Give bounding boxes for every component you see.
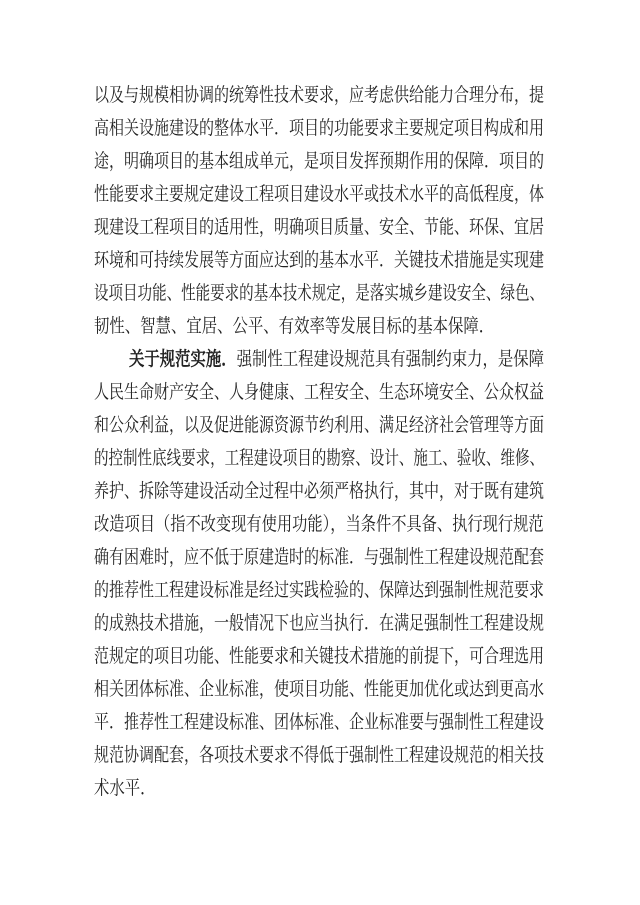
text-line: 确有困难时，应不低于原建造时的标准．与强制性工程建设规范配套 bbox=[94, 541, 544, 574]
text-line: 性能要求主要规定建设工程项目建设水平或技术水平的高低程度，体 bbox=[94, 178, 544, 211]
text-segment: 以及与规模相协调的统筹性技术要求，应考虑供给能力合理分布，提 bbox=[94, 85, 544, 106]
text-line-content: 性能要求主要规定建设工程项目建设水平或技术水平的高低程度，体 bbox=[94, 178, 544, 211]
text-line: 环境和可持续发展等方面应达到的基本水平．关键技术措施是实现建 bbox=[94, 244, 544, 277]
text-segment: 相关团体标准、企业标准，使项目功能、性能更加优化或达到更高水 bbox=[94, 679, 544, 700]
text-segment: 强制性工程建设规范具有强制约束力，是保障 bbox=[237, 349, 544, 370]
text-line-content: 术水平． bbox=[94, 772, 156, 805]
text-line: 和公众利益，以及促进能源资源节约利用、满足经济社会管理等方面 bbox=[94, 409, 544, 442]
text-line-content: 的推荐性工程建设标准是经过实践检验的、保障达到强制性规范要求 bbox=[94, 574, 544, 607]
text-line: 韧性、智慧、宜居、公平、有效率等发展目标的基本保障． bbox=[94, 310, 544, 343]
text-line: 途，明确项目的基本组成单元，是项目发挥预期作用的保障．项目的 bbox=[94, 145, 544, 178]
text-segment: 的成熟技术措施，一般情况下也应当执行．在满足强制性工程建设规 bbox=[94, 613, 544, 634]
text-line: 规范协调配套，各项技术要求不得低于强制性工程建设规范的相关技 bbox=[94, 739, 544, 772]
text-segment: 范规定的项目功能、性能要求和关键技术措施的前提下，可合理选用 bbox=[94, 646, 544, 667]
paragraph-lead-bold: 关于规范实施． bbox=[129, 349, 237, 370]
text-line: 关于规范实施．强制性工程建设规范具有强制约束力，是保障 bbox=[94, 343, 544, 376]
text-line-content: 关于规范实施．强制性工程建设规范具有强制约束力，是保障 bbox=[129, 343, 544, 376]
text-line: 术水平． bbox=[94, 772, 544, 805]
text-line-content: 确有困难时，应不低于原建造时的标准．与强制性工程建设规范配套 bbox=[94, 541, 544, 574]
text-line-content: 平．推荐性工程建设标准、团体标准、企业标准要与强制性工程建设 bbox=[94, 706, 544, 739]
text-line-content: 和公众利益，以及促进能源资源节约利用、满足经济社会管理等方面 bbox=[94, 409, 544, 442]
text-segment: 养护、拆除等建设活动全过程中必须严格执行，其中，对于既有建筑 bbox=[94, 481, 544, 502]
text-line-content: 途，明确项目的基本组成单元，是项目发挥预期作用的保障．项目的 bbox=[94, 145, 544, 178]
text-line-content: 设项目功能、性能要求的基本技术规定，是落实城乡建设安全、绿色、 bbox=[94, 277, 544, 310]
text-segment: 的推荐性工程建设标准是经过实践检验的、保障达到强制性规范要求 bbox=[94, 580, 544, 601]
document-page: 以及与规模相协调的统筹性技术要求，应考虑供给能力合理分布，提高相关设施建设的整体… bbox=[0, 0, 640, 905]
text-line-content: 以及与规模相协调的统筹性技术要求，应考虑供给能力合理分布，提 bbox=[94, 79, 544, 112]
text-line: 高相关设施建设的整体水平．项目的功能要求主要规定项目构成和用 bbox=[94, 112, 544, 145]
text-line-content: 养护、拆除等建设活动全过程中必须严格执行，其中，对于既有建筑 bbox=[94, 475, 544, 508]
text-line: 相关团体标准、企业标准，使项目功能、性能更加优化或达到更高水 bbox=[94, 673, 544, 706]
text-line-content: 相关团体标准、企业标准，使项目功能、性能更加优化或达到更高水 bbox=[94, 673, 544, 706]
text-segment: 平．推荐性工程建设标准、团体标准、企业标准要与强制性工程建设 bbox=[94, 712, 544, 733]
text-line: 平．推荐性工程建设标准、团体标准、企业标准要与强制性工程建设 bbox=[94, 706, 544, 739]
text-segment: 规范协调配套，各项技术要求不得低于强制性工程建设规范的相关技 bbox=[94, 745, 544, 766]
text-line-content: 人民生命财产安全、人身健康、工程安全、生态环境安全、公众权益 bbox=[94, 376, 544, 409]
text-segment: 途，明确项目的基本组成单元，是项目发挥预期作用的保障．项目的 bbox=[94, 151, 544, 172]
text-line-content: 环境和可持续发展等方面应达到的基本水平．关键技术措施是实现建 bbox=[94, 244, 544, 277]
text-segment: 确有困难时，应不低于原建造时的标准．与强制性工程建设规范配套 bbox=[94, 547, 544, 568]
text-line-content: 现建设工程项目的适用性，明确项目质量、安全、节能、环保、宜居 bbox=[94, 211, 544, 244]
text-line: 的推荐性工程建设标准是经过实践检验的、保障达到强制性规范要求 bbox=[94, 574, 544, 607]
text-segment: 人民生命财产安全、人身健康、工程安全、生态环境安全、公众权益 bbox=[94, 382, 544, 403]
text-segment: 的控制性底线要求，工程建设项目的勘察、设计、施工、验收、维修、 bbox=[94, 448, 544, 469]
text-line-content: 的控制性底线要求，工程建设项目的勘察、设计、施工、验收、维修、 bbox=[94, 442, 544, 475]
text-line: 以及与规模相协调的统筹性技术要求，应考虑供给能力合理分布，提 bbox=[94, 79, 544, 112]
text-line-content: 范规定的项目功能、性能要求和关键技术措施的前提下，可合理选用 bbox=[94, 640, 544, 673]
text-line: 的成熟技术措施，一般情况下也应当执行．在满足强制性工程建设规 bbox=[94, 607, 544, 640]
document-body: 以及与规模相协调的统筹性技术要求，应考虑供给能力合理分布，提高相关设施建设的整体… bbox=[94, 79, 544, 805]
text-segment: 改造项目（指不改变现有使用功能），当条件不具备、执行现行规范 bbox=[94, 514, 544, 535]
text-line-content: 高相关设施建设的整体水平．项目的功能要求主要规定项目构成和用 bbox=[94, 112, 544, 145]
text-line: 改造项目（指不改变现有使用功能），当条件不具备、执行现行规范 bbox=[94, 508, 544, 541]
text-segment: 术水平． bbox=[94, 778, 156, 799]
text-segment: 和公众利益，以及促进能源资源节约利用、满足经济社会管理等方面 bbox=[94, 415, 544, 436]
text-line-content: 规范协调配套，各项技术要求不得低于强制性工程建设规范的相关技 bbox=[94, 739, 544, 772]
text-segment: 高相关设施建设的整体水平．项目的功能要求主要规定项目构成和用 bbox=[94, 118, 544, 139]
text-line-content: 的成熟技术措施，一般情况下也应当执行．在满足强制性工程建设规 bbox=[94, 607, 544, 640]
text-line-content: 韧性、智慧、宜居、公平、有效率等发展目标的基本保障． bbox=[94, 310, 494, 343]
text-segment: 现建设工程项目的适用性，明确项目质量、安全、节能、环保、宜居 bbox=[94, 217, 544, 238]
text-line: 的控制性底线要求，工程建设项目的勘察、设计、施工、验收、维修、 bbox=[94, 442, 544, 475]
text-segment: 韧性、智慧、宜居、公平、有效率等发展目标的基本保障． bbox=[94, 316, 494, 337]
text-line-content: 改造项目（指不改变现有使用功能），当条件不具备、执行现行规范 bbox=[94, 508, 544, 541]
text-line: 人民生命财产安全、人身健康、工程安全、生态环境安全、公众权益 bbox=[94, 376, 544, 409]
text-line: 养护、拆除等建设活动全过程中必须严格执行，其中，对于既有建筑 bbox=[94, 475, 544, 508]
text-line: 设项目功能、性能要求的基本技术规定，是落实城乡建设安全、绿色、 bbox=[94, 277, 544, 310]
text-segment: 性能要求主要规定建设工程项目建设水平或技术水平的高低程度，体 bbox=[94, 184, 544, 205]
text-line: 范规定的项目功能、性能要求和关键技术措施的前提下，可合理选用 bbox=[94, 640, 544, 673]
text-segment: 设项目功能、性能要求的基本技术规定，是落实城乡建设安全、绿色、 bbox=[94, 283, 544, 304]
text-line: 现建设工程项目的适用性，明确项目质量、安全、节能、环保、宜居 bbox=[94, 211, 544, 244]
text-segment: 环境和可持续发展等方面应达到的基本水平．关键技术措施是实现建 bbox=[94, 250, 544, 271]
